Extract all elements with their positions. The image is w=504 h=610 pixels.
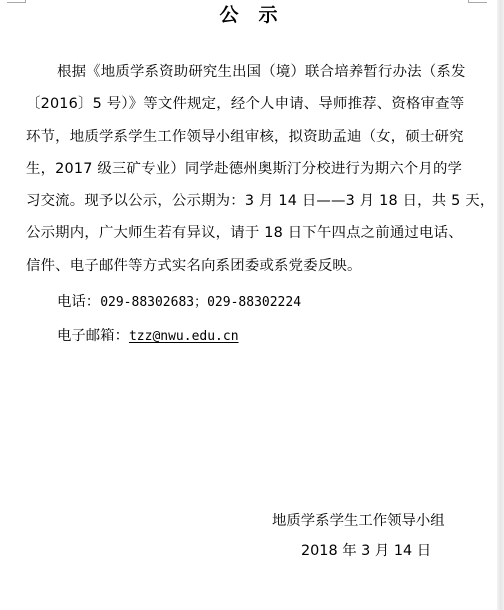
document-title: 公示 [0, 0, 497, 30]
phone-label: 电话： [57, 294, 100, 310]
page-edge-shadow [497, 0, 504, 610]
document-date: 2018 年 3 月 14 日 [301, 541, 431, 561]
email-label: 电子邮箱： [57, 328, 129, 344]
signature: 地质学系学生工作领导小组 [272, 511, 445, 531]
notice-body: 根据《地质学系资助研究生出国（境）联合培养暂行办法（系发 〔2016〕5 号）》… [26, 56, 472, 282]
contact-email: 电子邮箱：tzz@nwu.edu.cn [57, 326, 239, 347]
body-line-3: 环节，地质学系学生工作领导小组审核，拟资助孟迪（女，硕士研究 [26, 121, 472, 153]
body-line-1: 根据《地质学系资助研究生出国（境）联合培养暂行办法（系发 [26, 56, 472, 88]
phone-value: 029-88302683；029-88302224 [100, 295, 301, 310]
contact-phone: 电话：029-88302683；029-88302224 [57, 292, 301, 313]
body-line-6: 公示期内，广大师生若有异议，请于 18 日下午四点之前通过电话、 [26, 217, 472, 249]
document-page: 公示 根据《地质学系资助研究生出国（境）联合培养暂行办法（系发 〔2016〕5 … [0, 0, 497, 610]
email-link[interactable]: tzz@nwu.edu.cn [129, 329, 239, 344]
body-line-4: 生，2017 级三矿专业）同学赴德州奥斯汀分校进行为期六个月的学 [26, 153, 472, 185]
body-line-7: 信件、电子邮件等方式实名向系团委或系党委反映。 [26, 250, 472, 282]
body-line-2: 〔2016〕5 号）》等文件规定，经个人申请、导师推荐、资格审查等 [26, 88, 472, 120]
body-line-5: 习交流。现予以公示，公示期为：3 月 14 日——3 月 18 日，共 5 天， [26, 185, 472, 217]
